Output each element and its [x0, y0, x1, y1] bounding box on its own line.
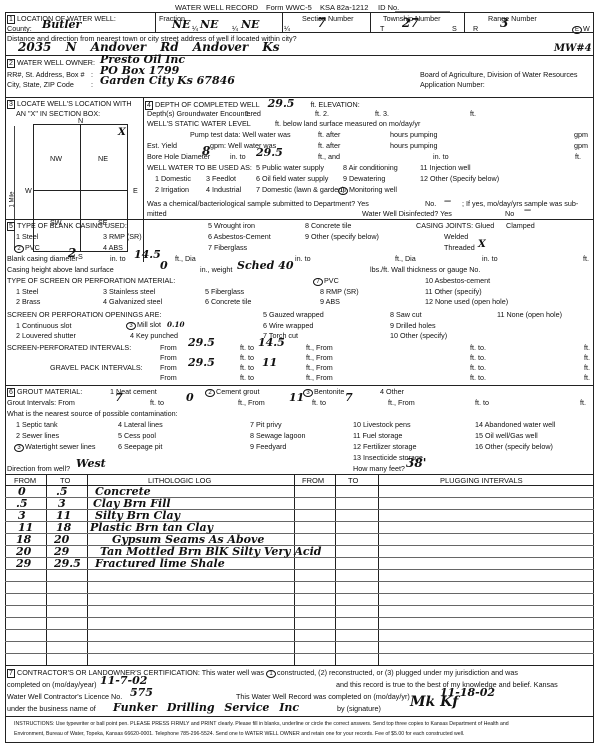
instructions-line1: INSTRUCTIONS: Use typewriter or ball poi…	[14, 720, 509, 729]
fraction-2[interactable]: NE	[200, 20, 218, 29]
grout-int2-to[interactable]: 7	[345, 393, 353, 402]
completed-date[interactable]: 11-7-02	[100, 676, 147, 685]
source-watertight[interactable]: 3Watertight sewer lines	[14, 442, 95, 452]
owner-value[interactable]: Presto Oil Inc	[100, 55, 185, 64]
casing-weight-value[interactable]: Sched 40	[237, 261, 293, 270]
section3-subheading: AN "X" IN SECTION BOX:	[16, 109, 100, 118]
signature[interactable]: Mk Kf	[410, 698, 458, 707]
direction-value[interactable]: West	[76, 459, 106, 468]
grout-int1-to[interactable]: 0	[186, 393, 194, 402]
range-value[interactable]: 3	[500, 19, 508, 28]
section-number-label: Section Number	[302, 14, 354, 23]
form-title: WATER WELL RECORD	[175, 3, 258, 12]
screen-to-value[interactable]: 14.5	[258, 338, 285, 347]
mile-arrow	[14, 126, 15, 250]
grout-bentonite[interactable]: 3Bentonite	[303, 387, 344, 397]
log-row-from: 0	[18, 487, 26, 496]
casing-height-value[interactable]: 0	[160, 261, 168, 270]
statute: KSA 82a-1212	[320, 3, 368, 12]
section3-heading: 3LOCATE WELL'S LOCATION WITH	[7, 99, 132, 109]
well-tag[interactable]: MW#4	[554, 44, 592, 53]
board-label: Board of Agriculture, Division of Water …	[420, 70, 578, 79]
range-label: Range Number	[488, 14, 537, 23]
opening-mill-slot[interactable]: 3Mill slot0.10	[126, 320, 184, 330]
log-row-to: .5	[56, 487, 67, 496]
gravel-from-value[interactable]: 29.5	[188, 358, 215, 367]
address-label: RR#, St. Address, Box #	[7, 70, 85, 79]
log-row-desc: Concrete	[95, 487, 151, 496]
city-value[interactable]: Garden City Ks 67846	[100, 76, 235, 85]
form-number: Form WWC-5	[266, 3, 312, 12]
bore-diameter-value[interactable]: 8	[202, 147, 210, 156]
bore-depth-value[interactable]: 29.5	[256, 148, 283, 157]
fraction-1[interactable]: NE	[172, 20, 190, 29]
business-name[interactable]: Funker Drilling Service Inc	[113, 703, 299, 712]
use-monitoring-well[interactable]: 10Monitoring well	[338, 185, 397, 195]
township-value[interactable]: 27	[402, 19, 419, 28]
threaded-mark: X	[478, 240, 486, 249]
casing-pvc[interactable]: 2PVC	[14, 243, 40, 253]
distance-value[interactable]: 2035 N Andover Rd Andover Ks	[18, 43, 280, 52]
section5-heading: 5TYPE OF BLANK CASING USED:	[7, 221, 127, 231]
blank-diameter-value[interactable]: 2	[68, 249, 76, 258]
license-number[interactable]: 575	[130, 688, 153, 697]
instructions-line2: Environment, Bureau of Water, Topeka, Ka…	[14, 730, 464, 739]
gravel-to-value[interactable]: 11	[262, 358, 277, 367]
city-label: City, State, ZIP Code	[7, 80, 74, 89]
grout-cement[interactable]: 2Cement grout	[205, 387, 260, 397]
section2-heading: 2WATER WELL OWNER:	[7, 58, 95, 68]
grout-int1-from[interactable]: 7	[115, 393, 123, 402]
screen-from-value[interactable]: 29.5	[188, 338, 215, 347]
screen-pvc[interactable]: 7PVC	[313, 276, 339, 286]
application-label: Application Number:	[420, 80, 485, 89]
section7-heading: 7CONTRACTOR'S OR LANDOWNER'S CERTIFICATI…	[7, 668, 518, 678]
fraction-3[interactable]: NE	[241, 20, 259, 29]
blank-to-value[interactable]: 14.5	[134, 250, 161, 259]
section6-heading: 6GROUT MATERIAL:	[7, 387, 82, 397]
county-value[interactable]: Butler	[42, 20, 81, 29]
well-location-mark: X	[118, 128, 126, 137]
grout-int2-from[interactable]: 11	[289, 393, 304, 402]
feet-value[interactable]: 38'	[406, 459, 426, 468]
section-number-value[interactable]: 7	[317, 19, 326, 28]
